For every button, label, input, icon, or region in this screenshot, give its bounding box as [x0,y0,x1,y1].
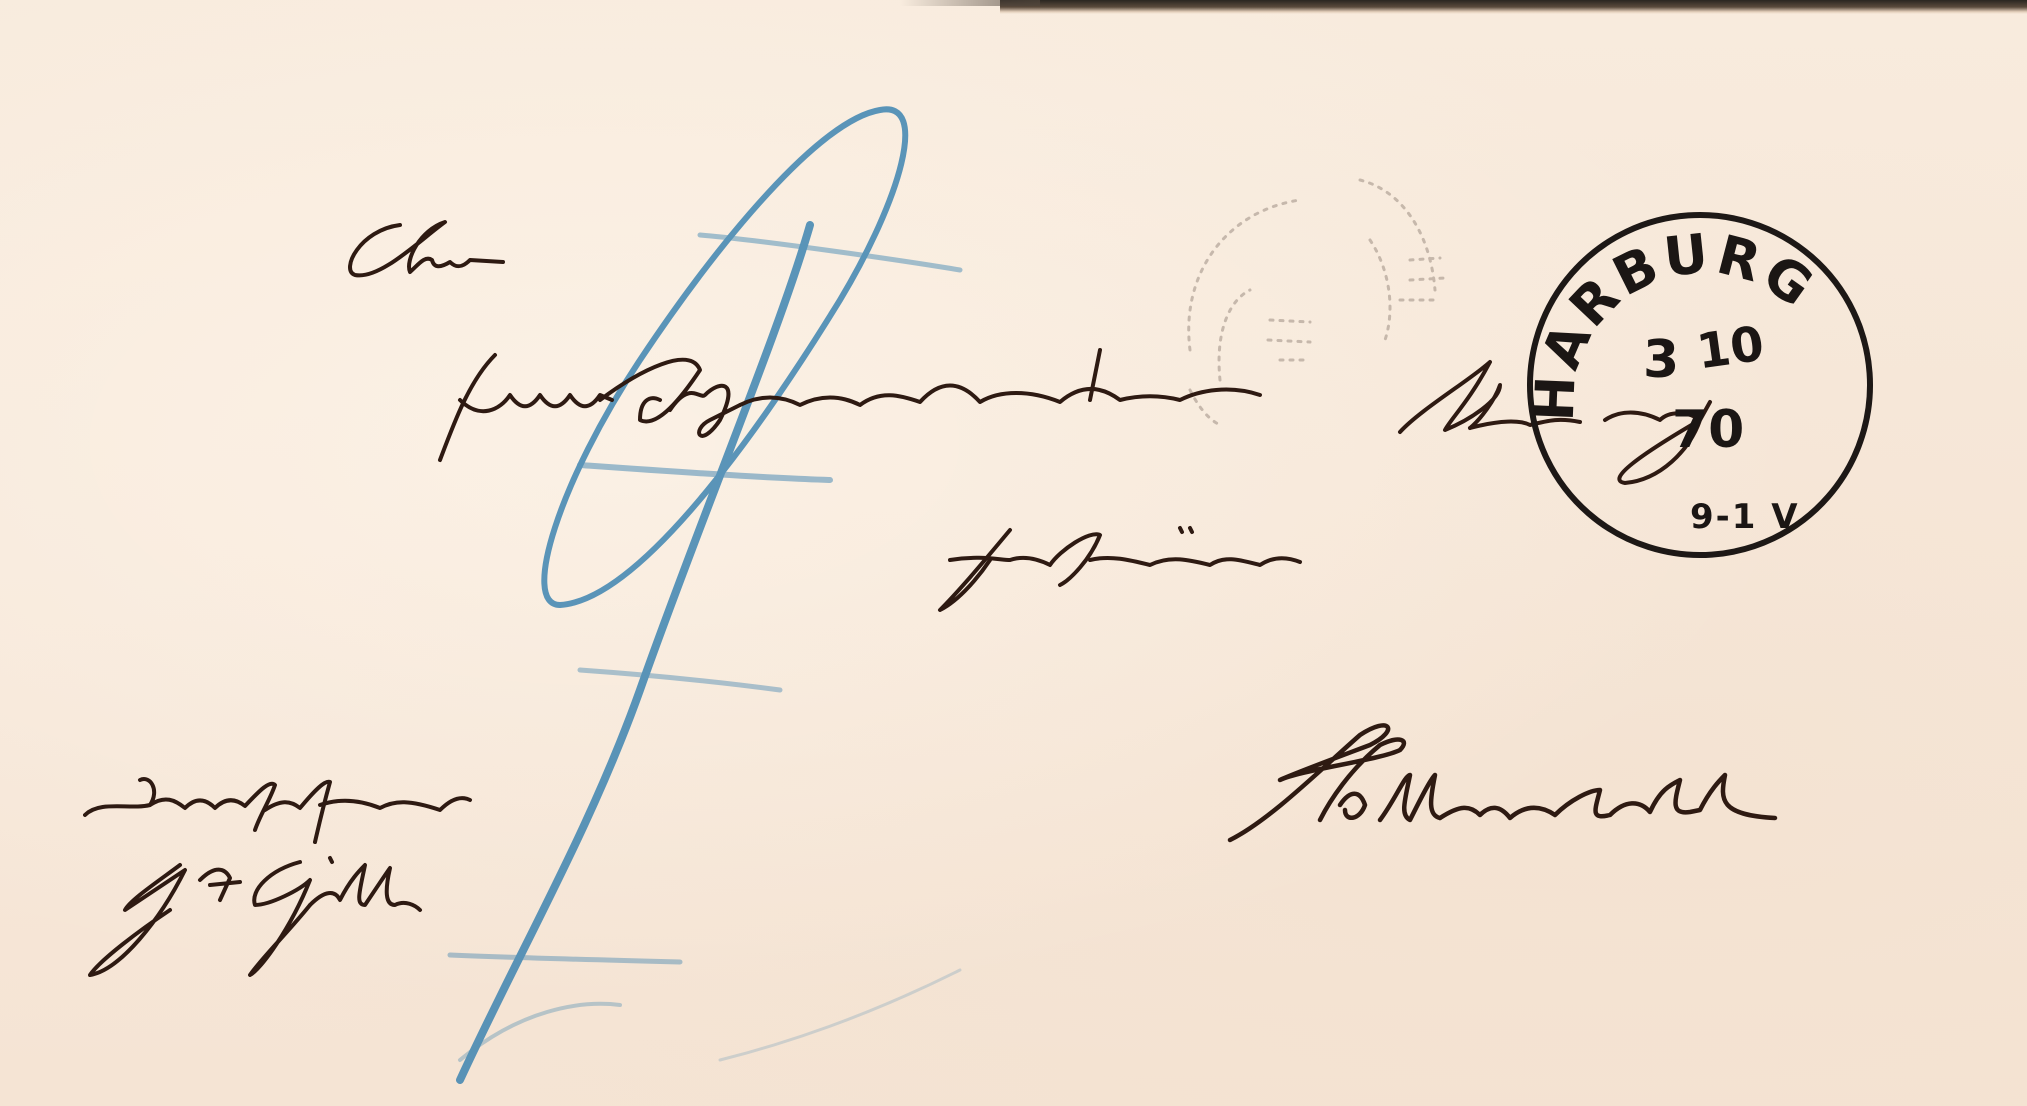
handwriting-herrn [440,355,612,460]
svg-text:HARBURG: HARBURG [1527,221,1827,422]
blue-pencil-mark [450,109,960,1080]
handwriting-superintendenten [600,350,1260,436]
envelope: HARBURG 3 10 70 9-1 V An Herrn Superinte… [0,0,2027,1106]
handwriting-goehrden [90,858,420,975]
postmark-day: 3 [1643,330,1679,390]
postmark-city-text: HARBURG [1527,221,1827,422]
handwriting-an [350,222,503,275]
postmark-month: 10 [1693,316,1767,381]
handwriting-hochwuerden [940,528,1300,610]
handwriting-dienstsache [85,779,470,842]
handwriting-hollenstedt [1230,725,1775,840]
postmark-year: 70 [1672,400,1744,460]
postmark-time: 9-1 V [1690,497,1800,537]
